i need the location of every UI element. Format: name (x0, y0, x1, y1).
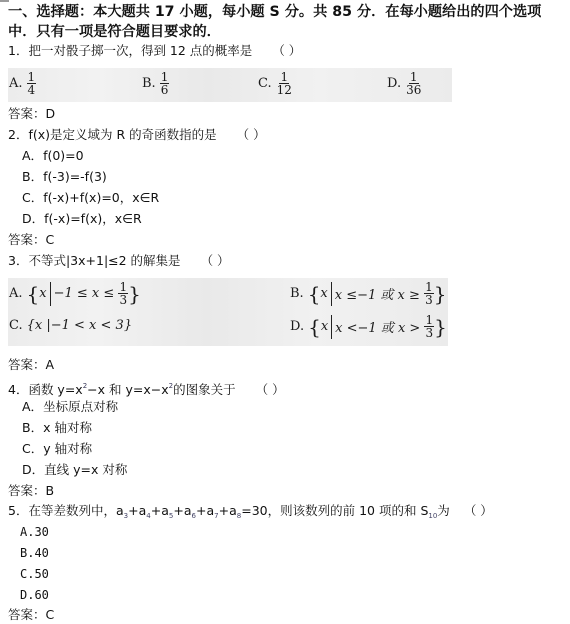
option-text: f(-3)=-f(3) (43, 169, 107, 184)
option-text: f(0)=0 (43, 148, 84, 163)
set-separator (331, 282, 332, 306)
question-5-stem: 5．在等差数列中，a3+a4+a5+a6+a7+a8=30，则该数列的前 10 … (8, 502, 493, 525)
option-label: C． (22, 441, 43, 456)
option-label: A． (22, 399, 43, 414)
right-brace: } (434, 284, 447, 304)
question-3-stem: 3．不等式|3x+1|≤2 的解集是（ ） (8, 252, 230, 270)
question-3-answer: 答案：A (8, 356, 54, 374)
question-text: 函数 y=x (28, 382, 82, 397)
answer-blank: （ ） (237, 126, 266, 144)
answer-label: 答案： (8, 232, 46, 247)
option-label: B. (290, 286, 304, 301)
answer-value: C (46, 232, 55, 247)
option-label: D． (22, 462, 44, 477)
set-condition: −1 ≤ x ≤ (54, 286, 115, 301)
option-c: C. {x |−1 < x < 3} (9, 318, 132, 333)
left-brace: { (308, 317, 321, 337)
option-c: C. 112 (258, 71, 293, 96)
left-brace: { (27, 284, 40, 304)
option-text: y 轴对称 (43, 441, 92, 456)
option-a: A. 14 (9, 71, 36, 96)
denominator: 3 (424, 327, 434, 339)
left-brace: { (308, 284, 321, 304)
question-number: 3． (8, 253, 28, 268)
question-5-option-d: D.60 (20, 586, 49, 604)
question-5-answer: 答案：C (8, 606, 54, 624)
option-text: 60 (34, 588, 48, 602)
set-condition: x <−1 或 x > (335, 317, 420, 336)
question-5-option-b: B.40 (20, 544, 49, 562)
question-4-answer: 答案：B (8, 482, 54, 500)
term-a3: a3 (116, 503, 128, 518)
question-text: 在等差数列中， (28, 503, 116, 518)
term-a6: a6 (184, 503, 196, 518)
option-label: A. (9, 76, 23, 91)
question-4-stem: 4．函数 y=x2−x 和 y=x−x2的图象关于（ ） (8, 377, 285, 399)
question-5-option-c: C.50 (20, 565, 49, 583)
question-4-option-b: B．x 轴对称 (22, 419, 92, 437)
question-3-options-image: A. {x−1 ≤ x ≤ 13} B. {xx ≤−1 或 x ≥ 13} C… (8, 278, 448, 346)
option-text: 30 (34, 525, 48, 539)
option-label: B． (22, 420, 43, 435)
term-a7: a7 (206, 503, 218, 518)
question-number: 5． (8, 503, 28, 518)
option-label: C． (22, 190, 43, 205)
option-a: A. {x−1 ≤ x ≤ 13} (9, 281, 141, 306)
option-b: B. {xx ≤−1 或 x ≥ 13} (290, 281, 446, 306)
question-number: 4． (8, 382, 28, 397)
answer-value: C (46, 607, 55, 622)
question-text: f(x)是定义域为 R 的奇函数指的是 (28, 127, 216, 142)
fraction: 13 (424, 314, 434, 339)
question-4-option-a: A．坐标原点对称 (22, 398, 118, 416)
answer-label: 答案： (8, 106, 46, 121)
answer-value: B (46, 483, 55, 498)
question-2-option-a: A．f(0)=0 (22, 147, 84, 165)
option-label: A. (20, 525, 34, 539)
option-label: B. (20, 546, 34, 560)
option-text: {x |−1 < x < 3} (27, 318, 132, 333)
set-separator (50, 282, 51, 306)
question-number: 1． (8, 43, 28, 58)
denominator: 12 (276, 84, 293, 96)
option-label: C. (20, 567, 34, 581)
term-a8: a8 (229, 503, 241, 518)
question-text: 为 (437, 503, 450, 518)
option-label: D. (290, 319, 304, 334)
answer-blank: （ ） (272, 42, 301, 60)
option-b: B. 16 (142, 71, 169, 96)
question-2-option-c: C．f(-x)+f(x)=0，x∈R (22, 189, 159, 207)
denominator: 3 (118, 294, 128, 306)
question-5-option-a: A.30 (20, 523, 49, 541)
question-text: −x 和 y=x−x (87, 382, 168, 397)
question-2-option-b: B．f(-3)=-f(3) (22, 168, 107, 186)
fraction: 13 (424, 281, 434, 306)
option-label: A. (9, 286, 23, 301)
fraction: 16 (160, 71, 170, 96)
option-text: 50 (34, 567, 48, 581)
option-text: 坐标原点对称 (43, 399, 118, 414)
question-1-options-image: A. 14 B. 16 C. 112 D. 136 (8, 68, 452, 102)
question-2-stem: 2．f(x)是定义域为 R 的奇函数指的是（ ） (8, 126, 266, 144)
right-brace: } (128, 284, 141, 304)
denominator: 4 (27, 84, 37, 96)
answer-value: A (46, 357, 55, 372)
question-text: 不等式|3x+1|≤2 的解集是 (28, 253, 180, 268)
option-label: B. (142, 76, 156, 91)
answer-label: 答案： (8, 483, 46, 498)
denominator: 6 (160, 84, 170, 96)
term-a4: a4 (139, 503, 151, 518)
question-number: 2． (8, 127, 28, 142)
fraction: 136 (405, 71, 422, 96)
option-label: D． (22, 211, 44, 226)
answer-label: 答案： (8, 357, 46, 372)
answer-blank: （ ） (201, 252, 230, 270)
option-text: f(-x)=f(x)，x∈R (44, 211, 142, 226)
section-title: 一、选择题：本大题共 17 小题，每小题 S 分。共 85 分．在每小题给出的四… (8, 2, 568, 42)
question-1-answer: 答案：D (8, 105, 55, 123)
question-4-option-d: D．直线 y=x 对称 (22, 461, 127, 479)
subscript: 10 (428, 512, 437, 520)
answer-blank: （ ） (256, 381, 285, 399)
option-d: D. {xx <−1 或 x > 13} (290, 314, 447, 339)
denominator: 36 (405, 84, 422, 96)
question-text: =30，则该数列的前 10 项的和 S (241, 503, 428, 518)
answer-blank: （ ） (464, 502, 493, 520)
question-2-option-d: D．f(-x)=f(x)，x∈R (22, 210, 142, 228)
question-4-option-c: C．y 轴对称 (22, 440, 92, 458)
option-text: x 轴对称 (43, 420, 92, 435)
fraction: 14 (27, 71, 37, 96)
question-text: 把一对骰子掷一次，得到 12 点的概率是 (28, 43, 252, 58)
set-separator (331, 315, 332, 339)
option-text: 直线 y=x 对称 (44, 462, 127, 477)
option-d: D. 136 (387, 71, 422, 96)
question-1-stem: 1．把一对骰子掷一次，得到 12 点的概率是（ ） (8, 42, 301, 60)
option-label: C. (9, 318, 23, 333)
set-variable: x (321, 319, 328, 334)
answer-value: D (46, 106, 56, 121)
option-label: D. (387, 76, 401, 91)
question-2-answer: 答案：C (8, 231, 54, 249)
fraction: 112 (276, 71, 293, 96)
option-label: D. (20, 588, 34, 602)
set-variable: x (39, 286, 46, 301)
set-condition: x ≤−1 或 x ≥ (335, 284, 420, 303)
option-text: 40 (34, 546, 48, 560)
option-label: B． (22, 169, 43, 184)
option-label: A． (22, 148, 43, 163)
option-text: f(-x)+f(x)=0，x∈R (43, 190, 159, 205)
answer-label: 答案： (8, 607, 46, 622)
denominator: 3 (424, 294, 434, 306)
set-variable: x (320, 286, 327, 301)
term-a5: a5 (161, 503, 173, 518)
option-label: C. (258, 76, 272, 91)
question-text: 的图象关于 (173, 382, 236, 397)
fraction: 13 (118, 281, 128, 306)
right-brace: } (434, 317, 447, 337)
